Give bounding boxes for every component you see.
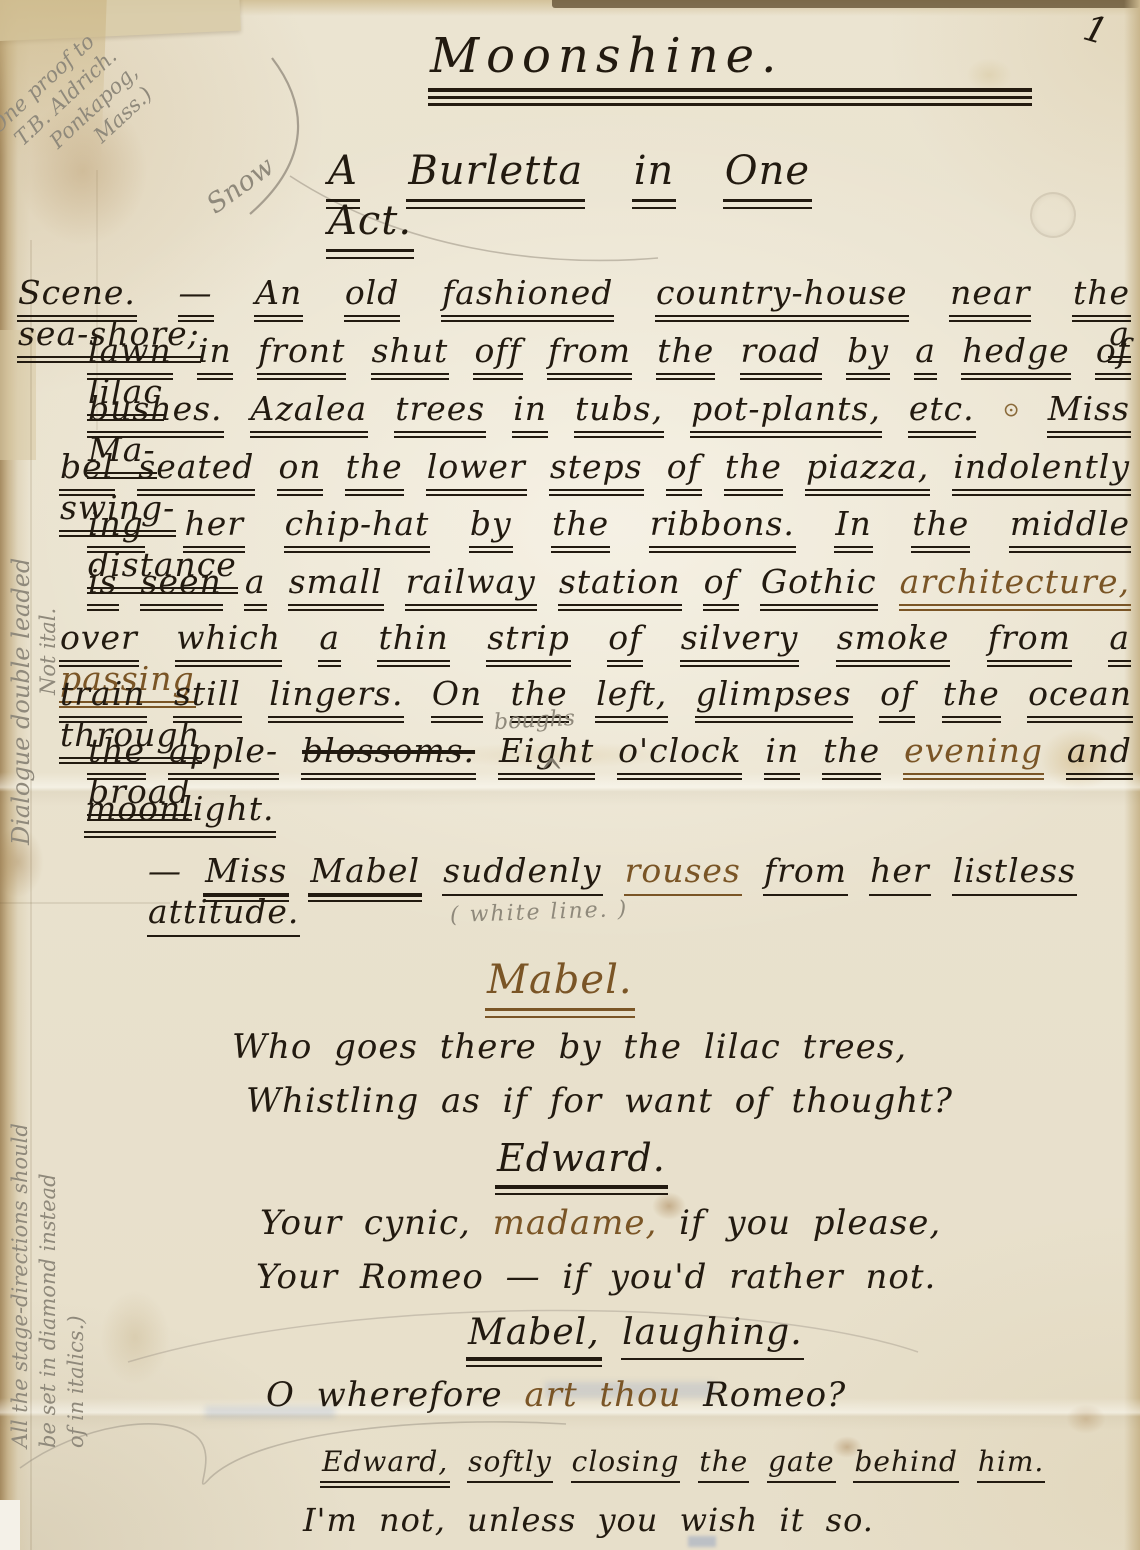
manuscript-line: moonlight. <box>85 788 275 829</box>
manuscript-line: Mabel. <box>487 955 633 1005</box>
manuscript-line: Edward, softly closing the gate behind h… <box>322 1444 1044 1479</box>
manuscript-line: is seen a small railway station of Gothi… <box>88 561 1130 602</box>
manuscript-page: 1 Moonshine.A Burletta in One Act.Scene.… <box>0 0 1140 1550</box>
manuscript-line: I'm not, unless you wish it so. <box>303 1500 874 1540</box>
manuscript-line: Whistling as if for want of thought? <box>246 1080 953 1123</box>
margin-note-lower: All the stage-directions should be set i… <box>6 948 90 1448</box>
manuscript-line: O wherefore art thou Romeo? <box>266 1374 846 1417</box>
caret-mark: ^ <box>540 750 563 795</box>
margin-note-line: Dialogue double leaded <box>8 415 35 845</box>
manuscript-line: Mabel, laughing. <box>468 1310 803 1355</box>
margin-note-upper: Dialogue double leaded Not ital. <box>8 415 62 845</box>
manuscript-line: Your Romeo — if you'd rather not. <box>256 1256 936 1299</box>
manuscript-line: Edward. <box>497 1135 666 1183</box>
manuscript-line: Your cynic, madame, if you please, <box>260 1202 941 1245</box>
boughs-insertion: boughs <box>493 706 575 735</box>
manuscript-line: Who goes there by the lilac trees, <box>232 1026 907 1069</box>
margin-note-line: Not ital. <box>35 415 62 845</box>
margin-note-line: be set in diamond instead <box>34 948 62 1448</box>
manuscript-line: Moonshine. <box>430 26 783 86</box>
margin-note-line: of in italics.) <box>62 948 90 1448</box>
title-underline-rule <box>428 88 1032 106</box>
margin-note-line: All the stage-directions should <box>6 948 34 1448</box>
manuscript-line: A Burletta in One Act. <box>328 146 810 246</box>
